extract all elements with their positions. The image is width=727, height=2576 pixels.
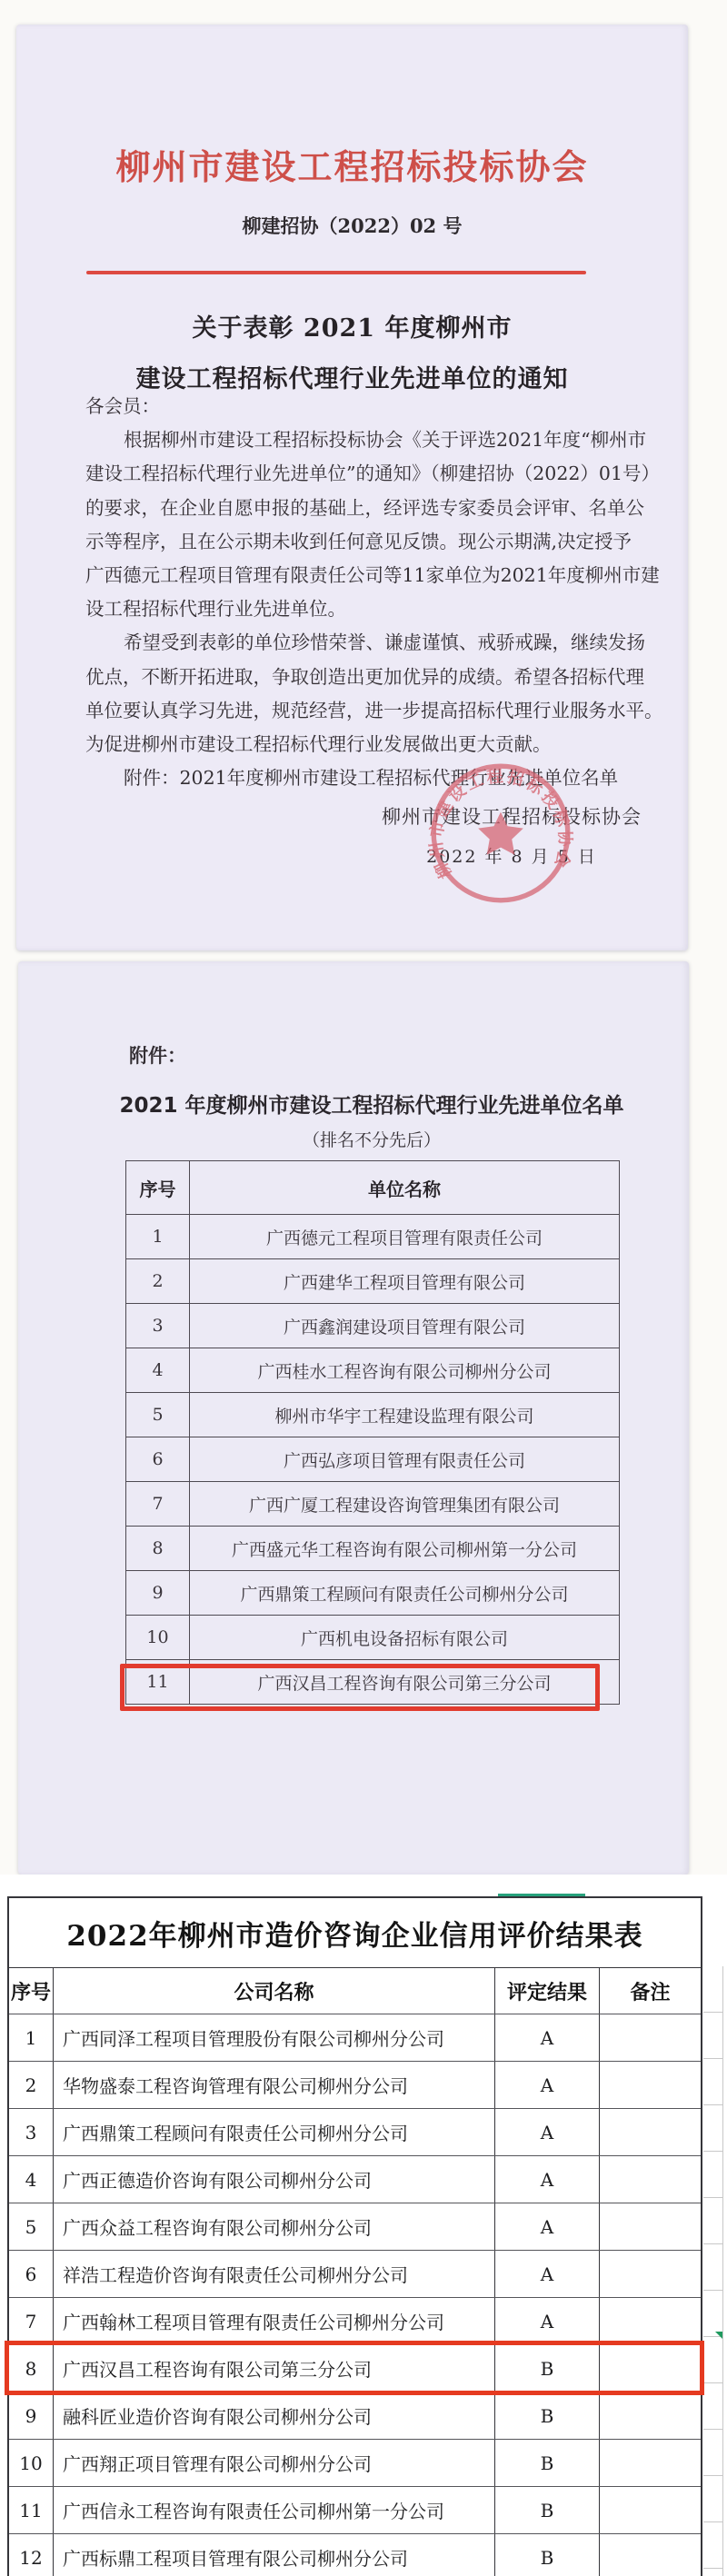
row-company: 祥浩工程造价咨询有限责任公司柳州分公司 [54,2251,495,2297]
notice-body-line: 优点，不断开拓进取，争取创造出更加优异的成绩。希望各招标代理 [85,661,651,694]
row-note [600,2251,701,2297]
document-number: 柳建招协（2022）02 号 [16,212,688,239]
row-serial: 8 [9,2345,54,2392]
sheet-header-row: 序号 公司名称 评定结果 备注 [9,1968,701,2014]
signature-block: 柳州市建设工程招标投标协会 2022 年 8 月 5 日 [366,802,657,868]
row-result: B [495,2440,600,2486]
notice-body: 各会员： 根据柳州市建设工程招标投标协会《关于评选2021年度“柳州市 建设工程… [85,390,651,795]
table-row: 11 广西汉昌工程咨询有限公司第三分公司 [126,1659,619,1704]
sheet-row: 2 华物盛泰工程咨询管理有限公司柳州分公司 A [9,2061,701,2108]
row-unit-name: 广西盛元华工程咨询有限公司柳州第一分公司 [190,1527,619,1570]
row-result: A [495,2203,600,2250]
sheet-row: 5 广西众益工程咨询有限公司柳州分公司 A [9,2203,701,2250]
row-unit-name: 广西鑫润建设项目管理有限公司 [190,1304,619,1348]
table-header-row: 序号 单位名称 [126,1161,619,1214]
row-result: A [495,2251,600,2297]
notice-page: 柳州市建设工程招标投标协会 柳建招协（2022）02 号 关于表彰 2021 年… [16,25,688,950]
row-serial: 3 [9,2109,54,2155]
row-serial: 1 [126,1215,190,1258]
row-note [600,2345,701,2392]
row-note [600,2392,701,2439]
row-company: 广西翔正项目管理有限公司柳州分公司 [54,2440,495,2486]
row-serial: 1 [9,2014,54,2061]
table-row: 8 广西盛元华工程咨询有限公司柳州第一分公司 [126,1526,619,1570]
row-note [600,2156,701,2203]
row-serial: 7 [9,2298,54,2344]
cell-corner-flag-icon [715,2332,722,2339]
notice-body-line: 设工程招标代理行业先进单位。 [85,592,651,626]
row-result: A [495,2298,600,2344]
row-note [600,2487,701,2533]
row-note [600,2534,701,2576]
credit-result-table: 2022年柳州市造价咨询企业信用评价结果表 序号 公司名称 评定结果 备注 1 … [7,1896,702,2576]
sheet-row: 7 广西翰林工程项目管理有限责任公司柳州分公司 A [9,2297,701,2344]
row-company: 广西汉昌工程咨询有限公司第三分公司 [54,2345,495,2392]
signer-name: 柳州市建设工程招标投标协会 [366,802,657,830]
notice-body-line: 建设工程招标代理行业先进单位”的通知》（柳建招协（2022）01号） [85,457,651,491]
row-unit-name: 广西鼎策工程顾问有限责任公司柳州分公司 [190,1571,619,1615]
table-row: 10 广西机电设备招标有限公司 [126,1615,619,1659]
row-serial: 12 [9,2534,54,2576]
row-unit-name: 广西广厦工程建设咨询管理集团有限公司 [190,1482,619,1526]
spreadsheet-grid-extension [703,1966,723,2576]
row-company: 融科匠业造价咨询有限公司柳州分公司 [54,2392,495,2439]
row-company: 广西同泽工程项目管理股份有限公司柳州分公司 [54,2014,495,2061]
row-serial: 3 [126,1304,190,1348]
sheet-row: 3 广西鼎策工程顾问有限责任公司柳州分公司 A [9,2108,701,2155]
screenshot-canvas: 柳州市建设工程招标投标协会 柳建招协（2022）02 号 关于表彰 2021 年… [0,0,727,2576]
sheet-row: 4 广西正德造价咨询有限公司柳州分公司 A [9,2155,701,2203]
attachment-subtitle: （排名不分先后） [55,1127,689,1151]
association-title: 柳州市建设工程招标投标协会 [16,139,688,189]
row-unit-name: 广西汉昌工程咨询有限公司第三分公司 [190,1660,619,1704]
notice-body-line: 根据柳州市建设工程招标投标协会《关于评选2021年度“柳州市 [85,423,651,457]
row-serial: 8 [126,1527,190,1570]
row-company: 华物盛泰工程咨询管理有限公司柳州分公司 [54,2062,495,2108]
attachment-label: 附件： [129,1041,186,1069]
row-result: A [495,2062,600,2108]
table-row: 7 广西广厦工程建设咨询管理集团有限公司 [126,1481,619,1526]
notice-body-line: 为促进柳州市建设工程招标代理行业发展做出更大贡献。 [85,728,651,761]
notice-body-line: 示等程序，且在公示期未收到任何意见反馈。现公示期满,决定授予 [85,525,651,559]
header-unit-name: 单位名称 [190,1161,619,1214]
row-result: B [495,2392,600,2439]
row-company: 广西信永工程咨询有限责任公司柳州第一分公司 [54,2487,495,2533]
row-serial: 10 [126,1616,190,1659]
row-company: 广西正德造价咨询有限公司柳州分公司 [54,2156,495,2203]
header-result: 评定结果 [495,1968,600,2014]
attachment-page: 附件： 2021 年度柳州市建设工程招标代理行业先进单位名单 （排名不分先后） … [18,961,689,1875]
sheet-row: 12 广西标鼎工程项目管理有限公司柳州分公司 B [9,2533,701,2576]
table-row: 3 广西鑫润建设项目管理有限公司 [126,1303,619,1348]
credit-evaluation-sheet: 2022年柳州市造价咨询企业信用评价结果表 序号 公司名称 评定结果 备注 1 … [0,1875,727,2576]
row-note [600,2062,701,2108]
row-unit-name: 广西建华工程项目管理有限公司 [190,1259,619,1303]
row-serial: 2 [9,2062,54,2108]
row-result: A [495,2156,600,2203]
row-result: A [495,2109,600,2155]
row-serial: 9 [9,2392,54,2439]
table-row: 9 广西鼎策工程顾问有限责任公司柳州分公司 [126,1570,619,1615]
sheet-row: 10 广西翔正项目管理有限公司柳州分公司 B [9,2439,701,2486]
row-note [600,2014,701,2061]
table-row: 1 广西德元工程项目管理有限责任公司 [126,1214,619,1258]
row-unit-name: 广西德元工程项目管理有限责任公司 [190,1215,619,1258]
notice-body-line: 附件：2021年度柳州市建设工程招标代理行业先进单位名单 [85,761,651,795]
row-company: 广西翰林工程项目管理有限责任公司柳州分公司 [54,2298,495,2344]
sheet-row: 8 广西汉昌工程咨询有限公司第三分公司 B [9,2344,701,2392]
row-serial: 5 [126,1393,190,1437]
table-row: 6 广西弘彦项目管理有限责任公司 [126,1437,619,1481]
header-company: 公司名称 [54,1968,495,2014]
row-serial: 4 [9,2156,54,2203]
row-serial: 10 [9,2440,54,2486]
sheet-title: 2022年柳州市造价咨询企业信用评价结果表 [9,1898,701,1968]
row-unit-name: 广西机电设备招标有限公司 [190,1616,619,1659]
row-serial: 11 [9,2487,54,2533]
row-note [600,2109,701,2155]
table-row: 2 广西建华工程项目管理有限公司 [126,1258,619,1303]
advanced-units-table: 序号 单位名称 1 广西德元工程项目管理有限责任公司 2 广西建华工程项目管理有… [125,1160,620,1705]
row-company: 广西标鼎工程项目管理有限公司柳州分公司 [54,2534,495,2576]
header-note: 备注 [600,1968,701,2014]
row-unit-name: 广西桂水工程咨询有限公司柳州分公司 [190,1348,619,1392]
row-note [600,2203,701,2250]
sheet-row: 9 融科匠业造价咨询有限公司柳州分公司 B [9,2392,701,2439]
row-serial: 7 [126,1482,190,1526]
notice-title-line1: 关于表彰 2021 年度柳州市 [16,308,688,343]
notice-body-line: 各会员： [85,390,651,423]
sheet-row: 6 祥浩工程造价咨询有限责任公司柳州分公司 A [9,2250,701,2297]
row-serial: 9 [126,1571,190,1615]
notice-body-line: 广西德元工程项目管理有限责任公司等11家单位为2021年度柳州市建 [85,559,651,592]
signature-date: 2022 年 8 月 5 日 [366,843,657,868]
row-unit-name: 广西弘彦项目管理有限责任公司 [190,1437,619,1481]
notice-body-line: 单位要认真学习先进，规范经营，进一步提高招标代理行业服务水平。 [85,694,651,728]
row-unit-name: 柳州市华宇工程建设监理有限公司 [190,1393,619,1437]
row-company: 广西鼎策工程顾问有限责任公司柳州分公司 [54,2109,495,2155]
row-company: 广西众益工程咨询有限公司柳州分公司 [54,2203,495,2250]
notice-body-line: 希望受到表彰的单位珍惜荣誉、谦虚谨慎、戒骄戒躁，继续发扬 [85,626,651,660]
row-result: B [495,2345,600,2392]
row-serial: 5 [9,2203,54,2250]
row-serial: 6 [9,2251,54,2297]
table-row: 5 柳州市华宇工程建设监理有限公司 [126,1392,619,1437]
red-divider-rule [86,271,586,274]
header-serial: 序号 [126,1161,190,1214]
notice-body-line: 的要求，在企业自愿申报的基础上，经评选专家委员会评审、名单公 [85,492,651,525]
attachment-title: 2021 年度柳州市建设工程招标代理行业先进单位名单 [55,1089,689,1119]
header-serial: 序号 [9,1968,54,2014]
row-result: B [495,2534,600,2576]
sheet-row: 11 广西信永工程咨询有限责任公司柳州第一分公司 B [9,2486,701,2533]
row-serial: 6 [126,1437,190,1481]
row-serial: 11 [126,1660,190,1704]
row-result: A [495,2014,600,2061]
row-serial: 2 [126,1259,190,1303]
row-note [600,2298,701,2344]
sheet-row: 1 广西同泽工程项目管理股份有限公司柳州分公司 A [9,2014,701,2061]
table-row: 4 广西桂水工程咨询有限公司柳州分公司 [126,1348,619,1392]
row-result: B [495,2487,600,2533]
row-note [600,2440,701,2486]
row-serial: 4 [126,1348,190,1392]
